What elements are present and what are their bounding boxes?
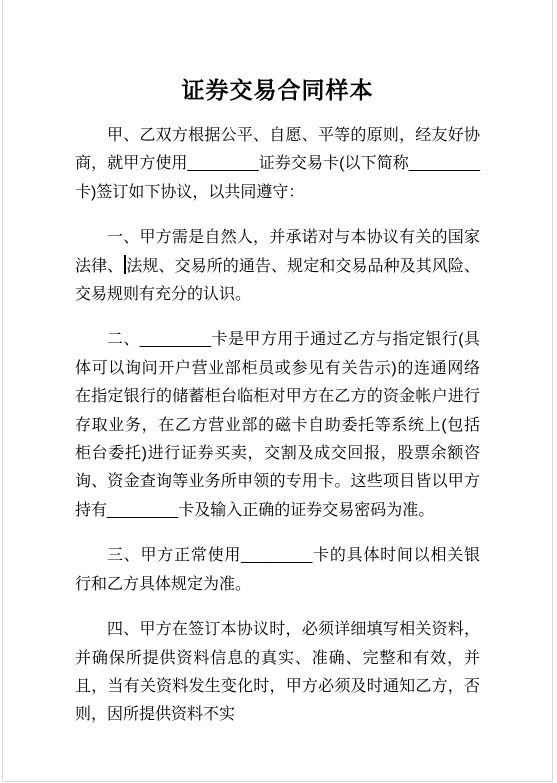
paragraph-clause-1[interactable]: 一、甲方需是自然人，并承诺对与本协议有关的国家法律、法规、交易所的通告、规定和交… (75, 224, 480, 309)
paragraph-clause-3[interactable]: 三、甲方正常使用________卡的具体时间以相关银行和乙方具体规定为准。 (75, 542, 480, 599)
paragraph-clause-2[interactable]: 二、________卡是甲方用于通过乙方与指定银行(具体可以询问开户营业部柜员或… (75, 326, 480, 525)
document-title: 证券交易合同样本 (75, 75, 480, 105)
paragraph-clause-4[interactable]: 四、甲方在签订本协议时，必须详细填写相关资料，并确保所提供资料信息的真实、准确、… (75, 616, 480, 730)
clause-1-text-after-caret: 法规、交易所的通告、规定和交易品种及其风险、交易规则有充分的认识。 (75, 258, 480, 303)
paragraph-intro[interactable]: 甲、乙双方根据公平、自愿、平等的原则，经友好协商，就甲方使用________证券… (75, 122, 480, 207)
document-page[interactable]: 证券交易合同样本 甲、乙双方根据公平、自愿、平等的原则，经友好协商，就甲方使用_… (2, 0, 553, 782)
